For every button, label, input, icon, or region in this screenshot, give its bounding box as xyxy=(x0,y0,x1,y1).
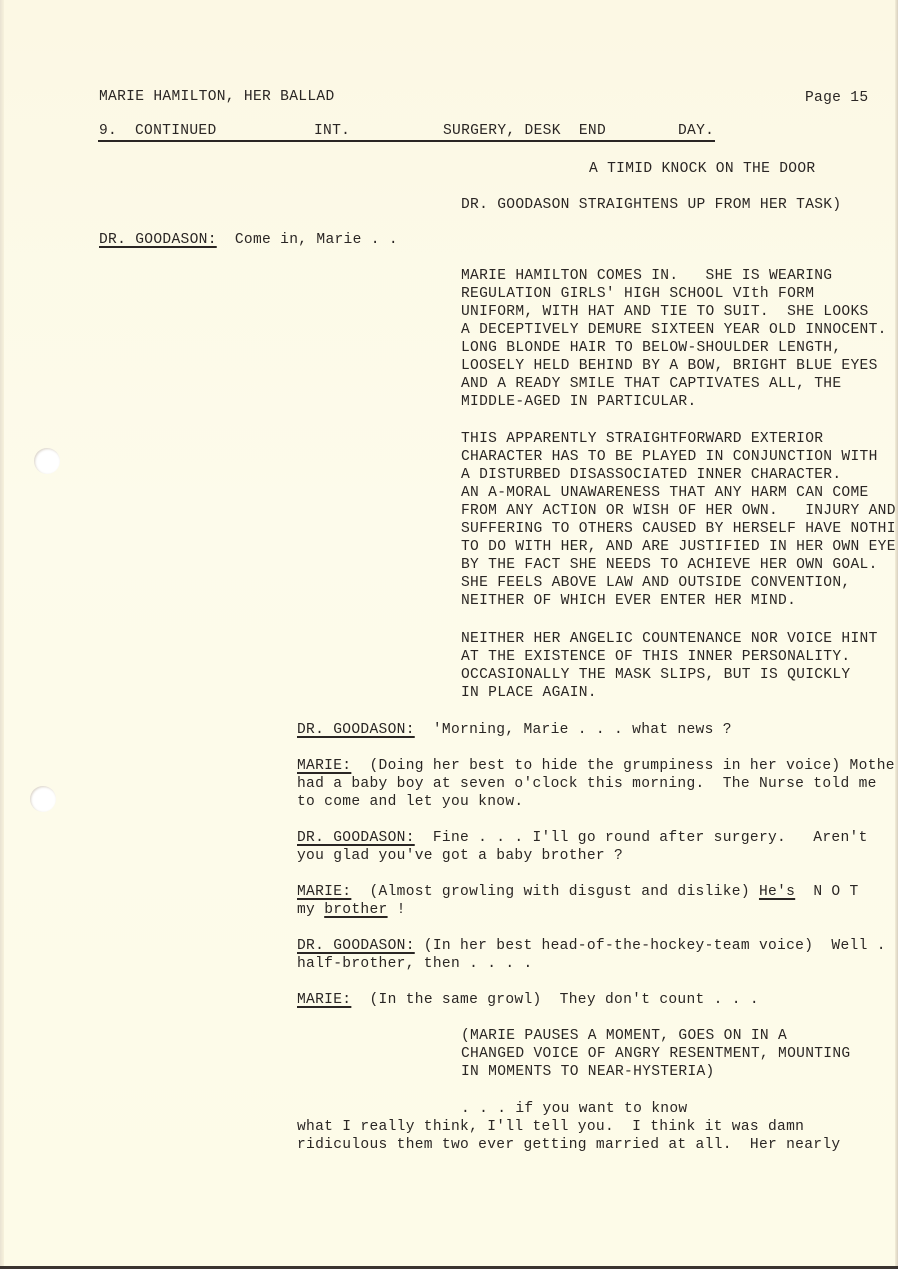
description-line: THIS APPARENTLY STRAIGHTFORWARD EXTERIOR xyxy=(461,430,896,448)
description-line: IN PLACE AGAIN. xyxy=(461,684,878,702)
description-line: SHE FEELS ABOVE LAW AND OUTSIDE CONVENTI… xyxy=(461,574,896,592)
direction-line: (MARIE PAUSES A MOMENT, GOES ON IN A xyxy=(461,1027,850,1045)
speaker-name: MARIE: xyxy=(297,758,351,774)
speaker-name: DR. GOODASON: xyxy=(297,722,415,738)
description-line: NEITHER HER ANGELIC COUNTENANCE NOR VOIC… xyxy=(461,630,878,648)
dialogue-text: ! xyxy=(388,902,406,918)
description-line: A DECEPTIVELY DEMURE SIXTEEN YEAR OLD IN… xyxy=(461,321,887,339)
direction-line: IN MOMENTS TO NEAR-HYSTERIA) xyxy=(461,1063,850,1081)
character-description: MARIE HAMILTON COMES IN. SHE IS WEARING … xyxy=(461,267,887,411)
description-line: AND A READY SMILE THAT CAPTIVATES ALL, T… xyxy=(461,375,887,393)
scene-time: DAY. xyxy=(678,122,714,140)
dialogue-text: what I really think, I'll tell you. I th… xyxy=(297,1118,840,1136)
description-line: AN A-MORAL UNAWARENESS THAT ANY HARM CAN… xyxy=(461,484,896,502)
direction-line: CHANGED VOICE OF ANGRY RESENTMENT, MOUNT… xyxy=(461,1045,850,1063)
scene-location: SURGERY, DESK END xyxy=(443,122,606,140)
dialogue-marie-dont-count: MARIE: (In the same growl) They don't co… xyxy=(297,991,759,1009)
description-line: CHARACTER HAS TO BE PLAYED IN CONJUNCTIO… xyxy=(461,448,896,466)
dialogue-text: N O T xyxy=(795,884,858,900)
direction-straightens: DR. GOODASON STRAIGHTENS UP FROM HER TAS… xyxy=(461,196,841,214)
dialogue-text: Fine . . . I'll go round after surgery. … xyxy=(415,830,868,846)
dialogue-line-goodason-1: DR. GOODASON: Come in, Marie . . xyxy=(99,231,398,249)
dialogue-text: (Almost growling with disgust and dislik… xyxy=(351,884,759,900)
description-line: NEITHER OF WHICH EVER ENTER HER MIND. xyxy=(461,592,896,610)
paper-edge-left xyxy=(0,0,4,1269)
dialogue-text: my xyxy=(297,902,324,918)
dialogue-marie-baby: MARIE: (Doing her best to hide the grump… xyxy=(297,757,895,811)
description-line: A DISTURBED DISASSOCIATED INNER CHARACTE… xyxy=(461,466,896,484)
dialogue-goodason-morning: DR. GOODASON: 'Morning, Marie . . . what… xyxy=(297,721,732,739)
emphasis-text: He's xyxy=(759,884,795,900)
dialogue-goodason-half-brother: DR. GOODASON: (In her best head-of-the-h… xyxy=(297,937,886,973)
dialogue-marie-continuation: what I really think, I'll tell you. I th… xyxy=(297,1118,840,1154)
direction-knock: A TIMID KNOCK ON THE DOOR xyxy=(589,160,815,178)
dialogue-text: (Doing her best to hide the grumpiness i… xyxy=(351,758,894,774)
description-line: UNIFORM, WITH HAT AND TIE TO SUIT. SHE L… xyxy=(461,303,887,321)
scene-number: 9. xyxy=(99,122,117,140)
direction-marie-pauses: (MARIE PAUSES A MOMENT, GOES ON IN A CHA… xyxy=(461,1027,850,1081)
dialogue-text: (In the same growl) They don't count . .… xyxy=(351,992,759,1008)
description-line: MIDDLE-AGED IN PARTICULAR. xyxy=(461,393,887,411)
dialogue-text: you glad you've got a baby brother ? xyxy=(297,847,868,865)
description-line: REGULATION GIRLS' HIGH SCHOOL VIth FORM xyxy=(461,285,887,303)
speaker-name: DR. GOODASON: xyxy=(99,232,217,248)
dialogue-goodason-fine: DR. GOODASON: Fine . . . I'll go round a… xyxy=(297,829,868,865)
scene-int-ext: INT. xyxy=(314,122,350,140)
description-line: SUFFERING TO OTHERS CAUSED BY HERSELF HA… xyxy=(461,520,896,538)
dialogue-marie-not-brother: MARIE: (Almost growling with disgust and… xyxy=(297,883,859,919)
slugline-underline xyxy=(98,140,715,142)
dialogue-text: (In her best head-of-the-hockey-team voi… xyxy=(415,938,886,954)
speaker-name: MARIE: xyxy=(297,884,351,900)
dialogue-text: 'Morning, Marie . . . what news ? xyxy=(415,722,732,738)
description-line: LONG BLONDE HAIR TO BELOW-SHOULDER LENGT… xyxy=(461,339,887,357)
dialogue-text: had a baby boy at seven o'clock this mor… xyxy=(297,775,895,793)
dialogue-text: Come in, Marie . . xyxy=(217,232,398,248)
punch-hole-top xyxy=(34,448,60,474)
script-page: MARIE HAMILTON, HER BALLAD Page 15 9. CO… xyxy=(0,0,898,1269)
punch-hole-bottom xyxy=(30,786,56,812)
speaker-name: MARIE: xyxy=(297,992,351,1008)
dialogue-text: ridiculous them two ever getting married… xyxy=(297,1136,840,1154)
description-line: OCCASIONALLY THE MASK SLIPS, BUT IS QUIC… xyxy=(461,666,878,684)
description-line: FROM ANY ACTION OR WISH OF HER OWN. INJU… xyxy=(461,502,896,520)
continuation-lead: . . . if you want to know xyxy=(461,1100,687,1118)
emphasis-text: brother xyxy=(324,902,387,918)
dialogue-text: half-brother, then . . . . xyxy=(297,955,886,973)
description-line: BY THE FACT SHE NEEDS TO ACHIEVE HER OWN… xyxy=(461,556,896,574)
description-line: AT THE EXISTENCE OF THIS INNER PERSONALI… xyxy=(461,648,878,666)
speaker-name: DR. GOODASON: xyxy=(297,830,415,846)
speaker-name: DR. GOODASON: xyxy=(297,938,415,954)
character-inner-description: THIS APPARENTLY STRAIGHTFORWARD EXTERIOR… xyxy=(461,430,896,610)
script-title: MARIE HAMILTON, HER BALLAD xyxy=(99,88,335,106)
scene-status: CONTINUED xyxy=(135,122,217,140)
description-line: TO DO WITH HER, AND ARE JUSTIFIED IN HER… xyxy=(461,538,896,556)
description-line: MARIE HAMILTON COMES IN. SHE IS WEARING xyxy=(461,267,887,285)
character-countenance-description: NEITHER HER ANGELIC COUNTENANCE NOR VOIC… xyxy=(461,630,878,702)
dialogue-text: to come and let you know. xyxy=(297,793,895,811)
description-line: LOOSELY HELD BEHIND BY A BOW, BRIGHT BLU… xyxy=(461,357,887,375)
page-number: Page 15 xyxy=(805,89,868,107)
